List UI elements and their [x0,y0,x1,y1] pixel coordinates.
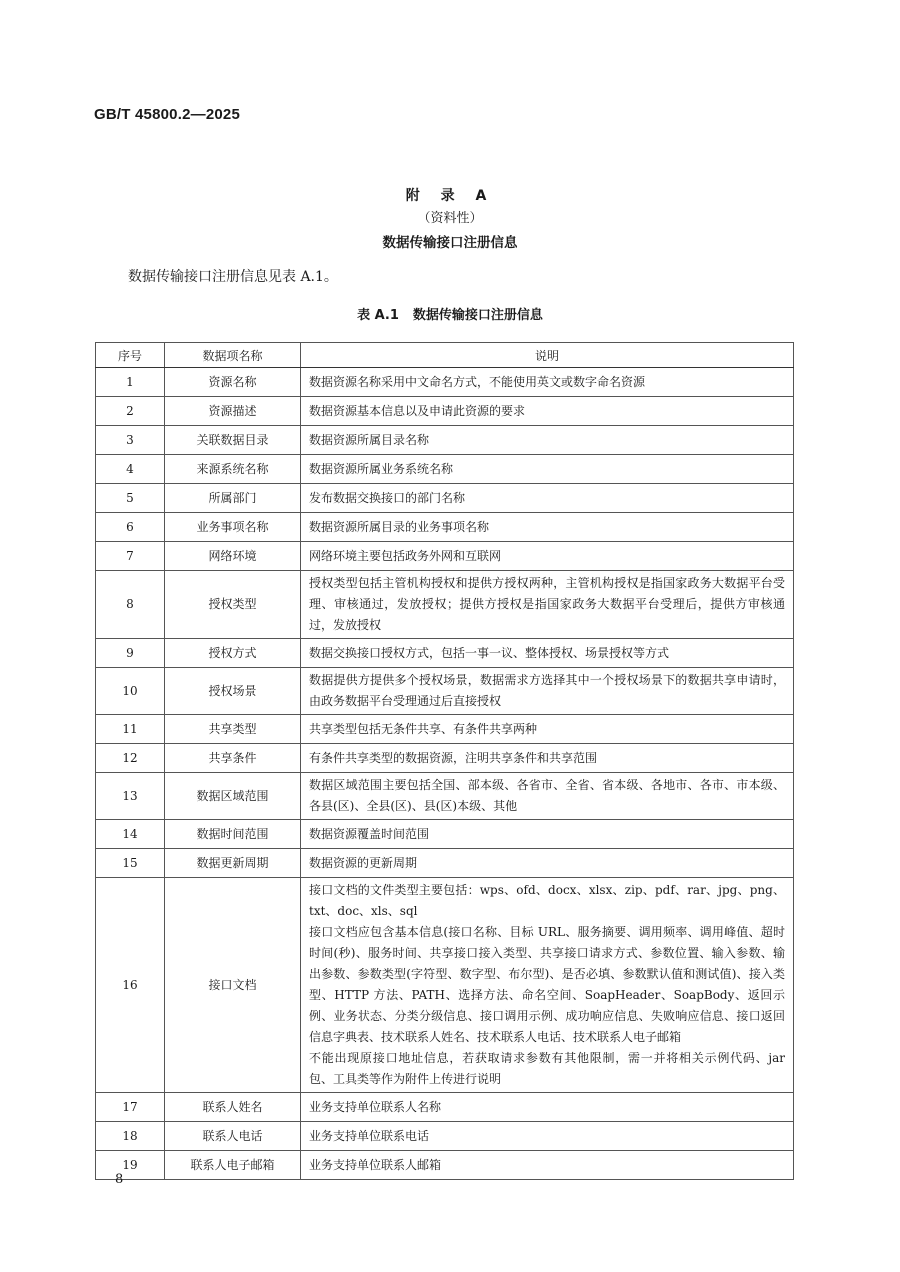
description-paragraph: 业务支持单位联系人名称 [309,1097,785,1118]
table-row: 9授权方式数据交换接口授权方式，包括一事一议、整体授权、场景授权等方式 [96,639,794,668]
cell-description: 数据区域范围主要包括全国、部本级、各省市、全省、省本级、各地市、各市、市本级、各… [301,773,794,820]
cell-description: 数据资源所属目录的业务事项名称 [301,513,794,542]
cell-description: 业务支持单位联系人名称 [301,1093,794,1122]
cell-item-name: 联系人姓名 [165,1093,301,1122]
cell-description: 数据资源所属业务系统名称 [301,455,794,484]
cell-item-name: 联系人电话 [165,1122,301,1151]
table-row: 17联系人姓名业务支持单位联系人名称 [96,1093,794,1122]
cell-description: 接口文档的文件类型主要包括：wps、ofd、docx、xlsx、zip、pdf、… [301,878,794,1093]
description-paragraph: 数据资源名称采用中文命名方式，不能使用英文或数字命名资源 [309,372,785,393]
cell-item-name: 接口文档 [165,878,301,1093]
cell-description: 数据资源名称采用中文命名方式，不能使用英文或数字命名资源 [301,368,794,397]
description-paragraph: 共享类型包括无条件共享、有条件共享两种 [309,719,785,740]
header-serial: 序号 [96,343,165,368]
cell-item-name: 授权场景 [165,668,301,715]
description-paragraph: 数据资源所属目录的业务事项名称 [309,517,785,538]
cell-item-name: 关联数据目录 [165,426,301,455]
cell-description: 网络环境主要包括政务外网和互联网 [301,542,794,571]
description-paragraph: 数据资源基本信息以及申请此资源的要求 [309,401,785,422]
cell-serial: 11 [96,715,165,744]
annex-heading: 附 录 A （资料性） 数据传输接口注册信息 [0,184,900,256]
cell-serial: 19 [96,1151,165,1180]
cell-description: 数据提供方提供多个授权场景，数据需求方选择其中一个授权场景下的数据共享申请时，由… [301,668,794,715]
description-paragraph: 数据提供方提供多个授权场景，数据需求方选择其中一个授权场景下的数据共享申请时，由… [309,670,785,712]
cell-item-name: 共享类型 [165,715,301,744]
table-row: 15数据更新周期数据资源的更新周期 [96,849,794,878]
cell-serial: 1 [96,368,165,397]
table-row: 1资源名称数据资源名称采用中文命名方式，不能使用英文或数字命名资源 [96,368,794,397]
cell-item-name: 授权类型 [165,571,301,639]
cell-serial: 12 [96,744,165,773]
description-paragraph: 数据资源所属业务系统名称 [309,459,785,480]
table-row: 7网络环境网络环境主要包括政务外网和互联网 [96,542,794,571]
description-paragraph: 数据资源覆盖时间范围 [309,824,785,845]
table-row: 16接口文档接口文档的文件类型主要包括：wps、ofd、docx、xlsx、zi… [96,878,794,1093]
standard-number: GB/T 45800.2—2025 [94,106,240,123]
cell-item-name: 数据时间范围 [165,820,301,849]
cell-description: 数据资源所属目录名称 [301,426,794,455]
cell-serial: 10 [96,668,165,715]
description-paragraph: 数据交换接口授权方式，包括一事一议、整体授权、场景授权等方式 [309,643,785,664]
description-paragraph: 接口文档应包含基本信息(接口名称、目标 URL、服务摘要、调用频率、调用峰值、超… [309,922,785,1048]
cell-description: 数据交换接口授权方式，包括一事一议、整体授权、场景授权等方式 [301,639,794,668]
table-row: 3关联数据目录数据资源所属目录名称 [96,426,794,455]
table-row: 19联系人电子邮箱业务支持单位联系人邮箱 [96,1151,794,1180]
table-caption-title: 数据传输接口注册信息 [413,308,543,323]
intro-paragraph: 数据传输接口注册信息见表 A.1。 [128,266,338,286]
cell-serial: 6 [96,513,165,542]
description-paragraph: 接口文档的文件类型主要包括：wps、ofd、docx、xlsx、zip、pdf、… [309,880,785,922]
cell-serial: 2 [96,397,165,426]
cell-serial: 18 [96,1122,165,1151]
description-paragraph: 不能出现原接口地址信息，若获取请求参数有其他限制，需一并将相关示例代码、jar … [309,1048,785,1090]
description-paragraph: 有条件共享类型的数据资源，注明共享条件和共享范围 [309,748,785,769]
description-paragraph: 网络环境主要包括政务外网和互联网 [309,546,785,567]
table-body: 1资源名称数据资源名称采用中文命名方式，不能使用英文或数字命名资源2资源描述数据… [96,368,794,1180]
cell-item-name: 授权方式 [165,639,301,668]
cell-serial: 5 [96,484,165,513]
table-row: 18联系人电话业务支持单位联系电话 [96,1122,794,1151]
table-row: 4来源系统名称数据资源所属业务系统名称 [96,455,794,484]
page-number: 8 [115,1172,123,1187]
cell-item-name: 业务事项名称 [165,513,301,542]
cell-item-name: 数据区域范围 [165,773,301,820]
table-row: 11共享类型共享类型包括无条件共享、有条件共享两种 [96,715,794,744]
cell-description: 共享类型包括无条件共享、有条件共享两种 [301,715,794,744]
header-item-name: 数据项名称 [165,343,301,368]
cell-description: 有条件共享类型的数据资源，注明共享条件和共享范围 [301,744,794,773]
table-row: 2资源描述数据资源基本信息以及申请此资源的要求 [96,397,794,426]
description-paragraph: 发布数据交换接口的部门名称 [309,488,785,509]
annex-type: （资料性） [0,208,900,230]
cell-serial: 15 [96,849,165,878]
header-description: 说明 [301,343,794,368]
table-row: 14数据时间范围数据资源覆盖时间范围 [96,820,794,849]
cell-serial: 14 [96,820,165,849]
table-header-row: 序号 数据项名称 说明 [96,343,794,368]
cell-description: 数据资源基本信息以及申请此资源的要求 [301,397,794,426]
cell-description: 授权类型包括主管机构授权和提供方授权两种，主管机构授权是指国家政务大数据平台受理… [301,571,794,639]
cell-serial: 16 [96,878,165,1093]
cell-description: 业务支持单位联系人邮箱 [301,1151,794,1180]
cell-serial: 8 [96,571,165,639]
cell-description: 数据资源覆盖时间范围 [301,820,794,849]
annex-name: 数据传输接口注册信息 [0,230,900,256]
table-row: 8授权类型授权类型包括主管机构授权和提供方授权两种，主管机构授权是指国家政务大数… [96,571,794,639]
cell-item-name: 资源描述 [165,397,301,426]
cell-item-name: 网络环境 [165,542,301,571]
cell-serial: 4 [96,455,165,484]
table-row: 12共享条件有条件共享类型的数据资源，注明共享条件和共享范围 [96,744,794,773]
table-caption-number: 表 A.1 [357,308,399,323]
description-paragraph: 业务支持单位联系电话 [309,1126,785,1147]
table-caption: 表 A.1数据传输接口注册信息 [0,304,900,323]
cell-item-name: 资源名称 [165,368,301,397]
registration-info-table: 序号 数据项名称 说明 1资源名称数据资源名称采用中文命名方式，不能使用英文或数… [95,342,794,1180]
cell-serial: 17 [96,1093,165,1122]
cell-serial: 7 [96,542,165,571]
cell-description: 业务支持单位联系电话 [301,1122,794,1151]
table-row: 10授权场景数据提供方提供多个授权场景，数据需求方选择其中一个授权场景下的数据共… [96,668,794,715]
description-paragraph: 数据资源所属目录名称 [309,430,785,451]
cell-description: 发布数据交换接口的部门名称 [301,484,794,513]
description-paragraph: 数据区域范围主要包括全国、部本级、各省市、全省、省本级、各地市、各市、市本级、各… [309,775,785,817]
cell-description: 数据资源的更新周期 [301,849,794,878]
cell-item-name: 来源系统名称 [165,455,301,484]
annex-title: 附 录 A [0,184,900,208]
table-row: 5所属部门发布数据交换接口的部门名称 [96,484,794,513]
cell-item-name: 共享条件 [165,744,301,773]
cell-serial: 9 [96,639,165,668]
description-paragraph: 业务支持单位联系人邮箱 [309,1155,785,1176]
cell-item-name: 所属部门 [165,484,301,513]
cell-item-name: 数据更新周期 [165,849,301,878]
description-paragraph: 数据资源的更新周期 [309,853,785,874]
description-paragraph: 授权类型包括主管机构授权和提供方授权两种，主管机构授权是指国家政务大数据平台受理… [309,573,785,636]
table-row: 13数据区域范围数据区域范围主要包括全国、部本级、各省市、全省、省本级、各地市、… [96,773,794,820]
cell-serial: 3 [96,426,165,455]
cell-serial: 13 [96,773,165,820]
cell-item-name: 联系人电子邮箱 [165,1151,301,1180]
table-row: 6业务事项名称数据资源所属目录的业务事项名称 [96,513,794,542]
